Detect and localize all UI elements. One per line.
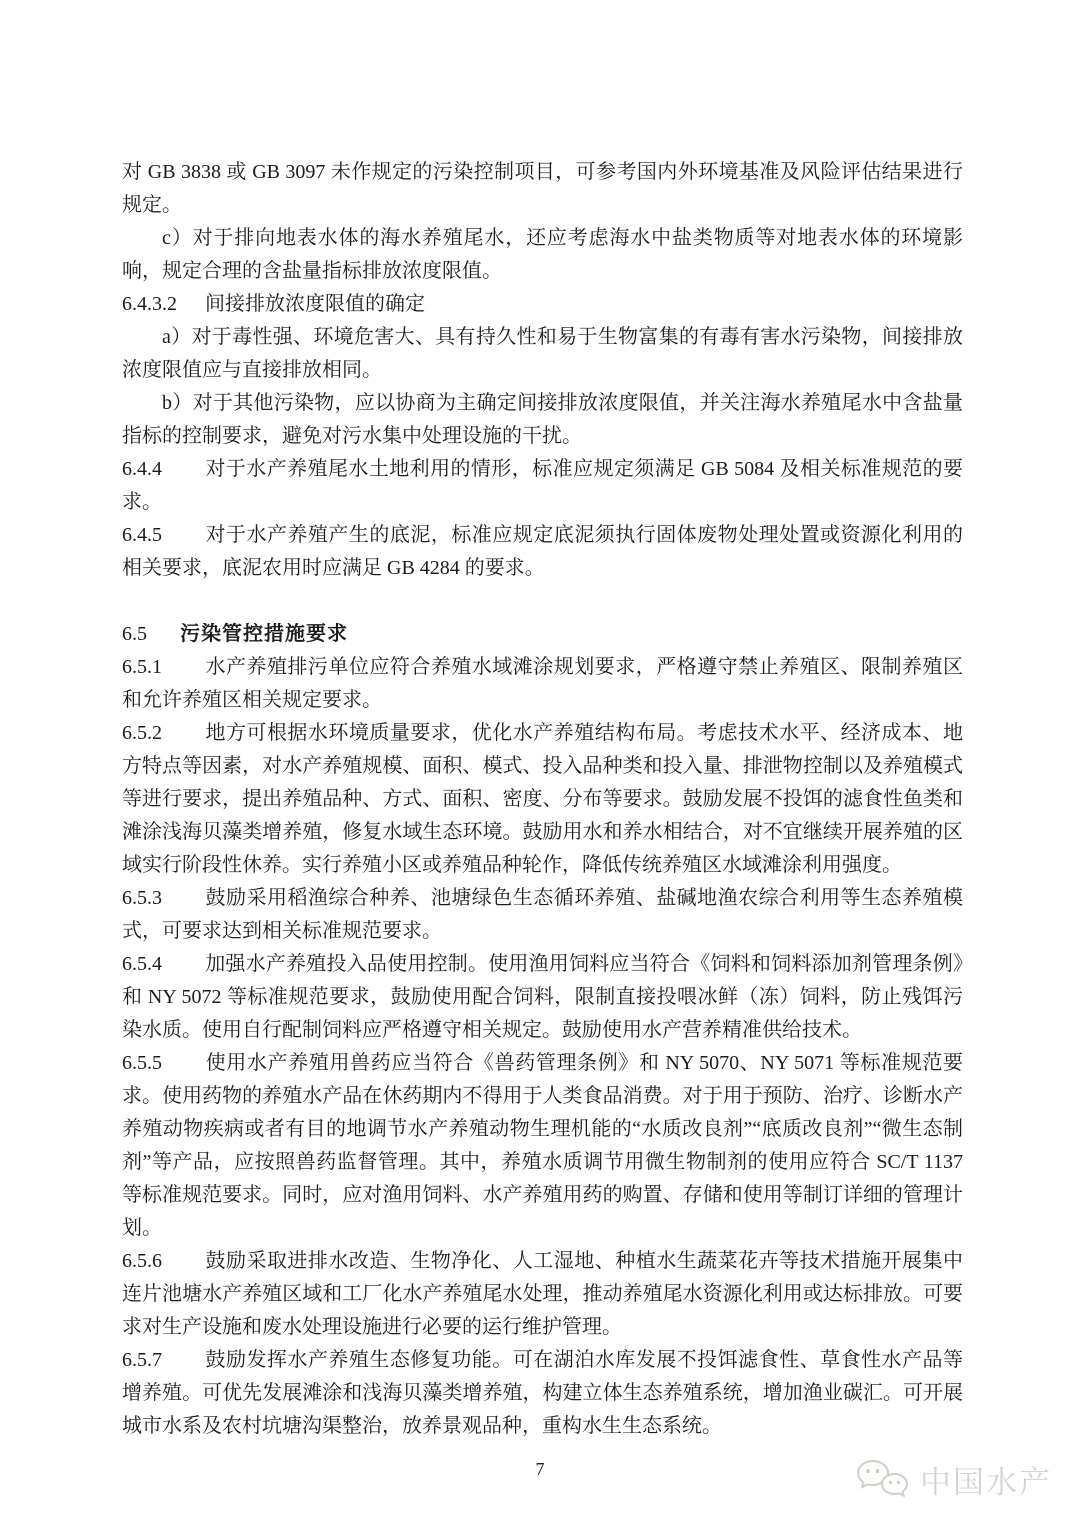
paragraph-text: 鼓励采取进排水改造、生物净化、人工湿地、种植水生蔬菜花卉等技术措施开展集中连片池… <box>122 1250 963 1338</box>
paragraph-text: c）对于排向地表水体的海水养殖尾水，还应考虑海水中盐类物质等对地表水体的环境影响… <box>122 227 963 282</box>
paragraph: 6.5.3鼓励采用稻渔综合种养、池塘绿色生态循环养殖、盐碱地渔农综合利用等生态养… <box>122 882 963 948</box>
paragraph-text: 地方可根据水环境质量要求，优化水产养殖结构布局。考虑技术水平、经济成本、地方特点… <box>122 722 963 876</box>
paragraph: 6.5.4加强水产养殖投入品使用控制。使用渔用饲料应当符合《饲料和饲料添加剂管理… <box>122 948 963 1047</box>
paragraph-text: 对 GB 3838 或 GB 3097 未作规定的污染控制项目，可参考国内外环境… <box>122 161 963 216</box>
paragraph-text: 污染管控措施要求 <box>180 623 348 645</box>
watermark: 中国水产 <box>856 1457 1052 1502</box>
section-number: 6.4.5 <box>122 519 205 552</box>
paragraph-text: b）对于其他污染物，应以协商为主确定间接排放浓度限值，并关注海水养殖尾水中含盐量… <box>122 392 963 447</box>
paragraph: 6.5.6鼓励采取进排水改造、生物净化、人工湿地、种植水生蔬菜花卉等技术措施开展… <box>122 1245 963 1344</box>
paragraph-text: 对于水产养殖产生的底泥，标准应规定底泥须执行固体废物处理处置或资源化利用的相关要… <box>122 524 963 579</box>
paragraph-text: 对于水产养殖尾水土地利用的情形，标准应规定须满足 GB 5084 及相关标准规范… <box>122 458 963 513</box>
paragraph-text: 加强水产养殖投入品使用控制。使用渔用饲料应当符合《饲料和饲料添加剂管理条例》和 … <box>122 953 963 1041</box>
page-footer: 7 中国水产 <box>0 1417 1080 1527</box>
paragraph: 6.4.4对于水产养殖尾水土地利用的情形，标准应规定须满足 GB 5084 及相… <box>122 453 963 519</box>
paragraph-text: 间接排放浓度限值的确定 <box>205 293 425 315</box>
paragraph-text: a）对于毒性强、环境危害大、具有持久性和易于生物富集的有毒有害水污染物，间接排放… <box>122 326 963 381</box>
paragraph: 6.5.5使用水产养殖用兽药应当符合《兽药管理条例》和 NY 5070、NY 5… <box>122 1047 963 1245</box>
section-number: 6.4.4 <box>122 453 205 486</box>
paragraph: b）对于其他污染物，应以协商为主确定间接排放浓度限值，并关注海水养殖尾水中含盐量… <box>122 387 963 453</box>
paragraph: 6.5.2地方可根据水环境质量要求，优化水产养殖结构布局。考虑技术水平、经济成本… <box>122 717 963 882</box>
paragraph: 对 GB 3838 或 GB 3097 未作规定的污染控制项目，可参考国内外环境… <box>122 156 963 222</box>
paragraph: c）对于排向地表水体的海水养殖尾水，还应考虑海水中盐类物质等对地表水体的环境影响… <box>122 222 963 288</box>
section-heading: 6.5污染管控措施要求 <box>122 618 963 651</box>
paragraph-text: 鼓励采用稻渔综合种养、池塘绿色生态循环养殖、盐碱地渔农综合利用等生态养殖模式，可… <box>122 887 963 942</box>
section-number: 6.5.5 <box>122 1047 205 1080</box>
paragraph: 6.4.5对于水产养殖产生的底泥，标准应规定底泥须执行固体废物处理处置或资源化利… <box>122 519 963 585</box>
paragraph-text: 水产养殖排污单位应符合养殖水域滩涂规划要求，严格遵守禁止养殖区、限制养殖区和允许… <box>122 656 963 711</box>
paragraph: 6.5.1水产养殖排污单位应符合养殖水域滩涂规划要求，严格遵守禁止养殖区、限制养… <box>122 651 963 717</box>
paragraph: a）对于毒性强、环境危害大、具有持久性和易于生物富集的有毒有害水污染物，间接排放… <box>122 321 963 387</box>
section-number: 6.4.3.2 <box>122 288 205 321</box>
document-page: 对 GB 3838 或 GB 3097 未作规定的污染控制项目，可参考国内外环境… <box>0 0 1080 1527</box>
watermark-label: 中国水产 <box>920 1457 1052 1502</box>
section-number: 6.5.6 <box>122 1245 205 1278</box>
paragraph-text: 使用水产养殖用兽药应当符合《兽药管理条例》和 NY 5070、NY 5071 等… <box>122 1052 963 1239</box>
paragraph: 6.4.3.2间接排放浓度限值的确定 <box>122 288 963 321</box>
section-number: 6.5.4 <box>122 948 205 981</box>
section-number: 6.5.2 <box>122 717 205 750</box>
document-body: 对 GB 3838 或 GB 3097 未作规定的污染控制项目，可参考国内外环境… <box>122 156 963 1443</box>
section-number: 6.5.3 <box>122 882 205 915</box>
section-number: 6.5.7 <box>122 1344 205 1377</box>
section-number: 6.5.1 <box>122 651 205 684</box>
wechat-logo-icon <box>856 1458 910 1502</box>
section-number: 6.5 <box>122 618 180 651</box>
